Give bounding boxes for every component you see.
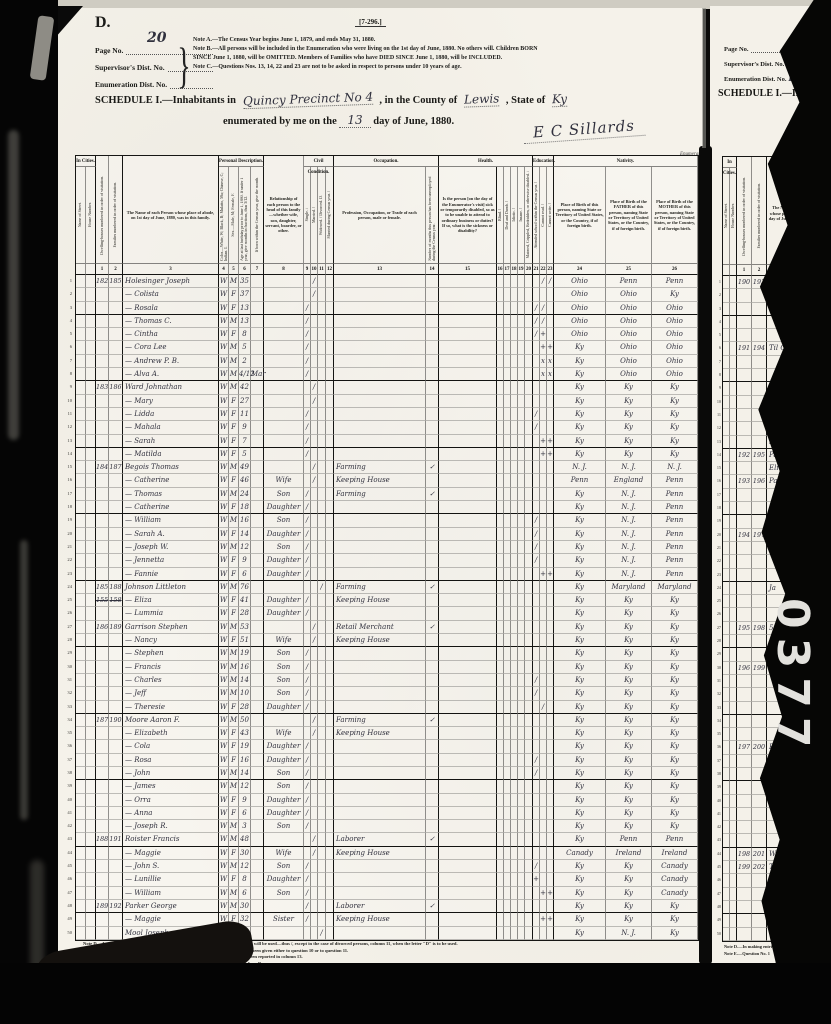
cell-m14: ✓ <box>426 714 439 727</box>
table-row: — CharlesWM14Son//KyKyKy <box>76 674 698 687</box>
cell-street <box>723 715 730 728</box>
cell-m21: / <box>533 421 540 434</box>
enumerator-signature: E C Sillards <box>522 116 645 144</box>
cell-m17 <box>504 714 511 727</box>
cell-house <box>86 435 96 448</box>
cell-m18 <box>511 900 518 913</box>
cell-m16 <box>497 740 504 753</box>
cell-m12 <box>326 594 334 607</box>
cell-street <box>723 409 730 422</box>
note-top-label: Note C. <box>193 64 212 70</box>
column-header-m10: Married. / <box>311 167 318 263</box>
cell-dw: 155 <box>96 594 109 607</box>
margin-row-number: 41 <box>60 806 74 819</box>
cell-m23: + <box>547 435 554 448</box>
cell-m14 <box>426 448 439 461</box>
cell-m18 <box>511 448 518 461</box>
cell-a: 10 <box>239 687 251 700</box>
cell-health <box>439 927 497 940</box>
cell-dw <box>96 474 109 487</box>
state-label: , State of <box>506 95 545 106</box>
margin-row-number: 7 <box>60 354 74 367</box>
cell-m20 <box>525 474 533 487</box>
cell-m16 <box>497 315 504 328</box>
cell-s: M <box>229 355 239 368</box>
cell-m22 <box>540 594 547 607</box>
cell-m14 <box>426 275 439 288</box>
schedule-title: SCHEDULE I.—Inhabitants in <box>95 95 236 106</box>
cell-m9: / <box>304 541 311 554</box>
cell-m19 <box>518 315 525 328</box>
margin-row-number: 48 <box>712 900 721 913</box>
cell-m11 <box>318 714 326 727</box>
cell-dw <box>96 661 109 674</box>
cell-rel <box>264 288 304 301</box>
cell-pb: Ky <box>554 860 606 873</box>
cell-pm: Ireland <box>652 847 698 860</box>
cell-m18 <box>511 833 518 846</box>
cell-s: F <box>229 607 239 620</box>
cell-m16 <box>497 847 504 860</box>
column-label: Place of Birth of the FATHER of this per… <box>607 199 650 231</box>
cell-occ <box>334 740 426 753</box>
cell-m9: / <box>304 780 311 793</box>
cell-name: Garrison Stephen <box>123 621 219 634</box>
margin-row-number: 17 <box>60 487 74 500</box>
cell-m20 <box>525 541 533 554</box>
cell-street <box>76 701 86 714</box>
schedule-title-line: SCHEDULE I.—Inhabitants in Quincy Precin… <box>95 92 695 107</box>
cell-c: W <box>219 847 229 860</box>
cell-health <box>439 488 497 501</box>
cell-rel: Wife <box>264 634 304 647</box>
cell-house <box>86 408 96 421</box>
cell-m11 <box>318 873 326 886</box>
cell-street <box>76 421 86 434</box>
cell-m11 <box>318 408 326 421</box>
cell-m18 <box>511 687 518 700</box>
cell-s: M <box>229 368 239 381</box>
cell-fam <box>109 435 123 448</box>
margin-row-number: 24 <box>60 580 74 593</box>
cell-m21 <box>533 661 540 674</box>
cell-m9: / <box>304 647 311 660</box>
cell-pm: Ky <box>652 381 698 394</box>
cell-dw <box>737 422 752 435</box>
cell-name: — William <box>123 887 219 900</box>
cell-pm: Penn <box>652 501 698 514</box>
cell-m21: / <box>533 554 540 567</box>
cell-street <box>723 289 730 302</box>
cell-m14 <box>426 435 439 448</box>
column-number-fam: 2 <box>109 263 123 275</box>
enumerated-label: enumerated by me on the <box>223 116 337 127</box>
margin-row-number: 20 <box>60 527 74 540</box>
cell-rel: Daughter <box>264 528 304 541</box>
cell-name: — Andrew P. B. <box>123 355 219 368</box>
cell-m17 <box>504 501 511 514</box>
cell-pf: Ky <box>606 647 652 660</box>
cell-m12 <box>326 887 334 900</box>
cell-m12 <box>326 448 334 461</box>
cell-s: F <box>229 847 239 860</box>
column-number-house <box>730 264 737 276</box>
cell-house <box>86 448 96 461</box>
cell-dw <box>96 727 109 740</box>
cell-m20 <box>525 833 533 846</box>
paper-chip <box>30 15 55 81</box>
cell-rel <box>264 315 304 328</box>
cell-dw <box>96 794 109 807</box>
margin-row-number: 2 <box>60 287 74 300</box>
cell-street <box>723 861 730 874</box>
margin-row-number: 42 <box>712 820 721 833</box>
cell-a: 19 <box>239 740 251 753</box>
cell-m19 <box>518 607 525 620</box>
instruction-notes-top: Note A.—The Census Year begins June 1, 1… <box>193 36 545 72</box>
cell-pb: Ky <box>554 421 606 434</box>
cell-m14 <box>426 687 439 700</box>
cell-m22 <box>540 514 547 527</box>
cell-house <box>730 569 737 582</box>
cell-pf: Ky <box>606 754 652 767</box>
cell-a: 6 <box>239 568 251 581</box>
cell-a: 14 <box>239 767 251 780</box>
cell-rel: Daughter <box>264 554 304 567</box>
cell-mo <box>251 913 264 926</box>
cell-mo <box>251 754 264 767</box>
cell-dw <box>96 395 109 408</box>
cell-rel <box>264 421 304 434</box>
cell-m16 <box>497 435 504 448</box>
cell-s: M <box>229 780 239 793</box>
cell-s: F <box>229 448 239 461</box>
cell-m10 <box>311 607 318 620</box>
table-row: — OrraWF9Daughter/KyKyKy <box>76 794 698 807</box>
cell-m22 <box>540 794 547 807</box>
cell-occ: Laborer <box>334 833 426 846</box>
cell-pm: N. J. <box>652 461 698 474</box>
cell-m19 <box>518 275 525 288</box>
census-table: In Cities.Personal Description.Civil Con… <box>75 155 699 941</box>
table-row: — ColistaWF37/OhioOhioKy <box>76 288 698 301</box>
column-label: Place of Birth of this person, naming St… <box>555 202 604 229</box>
margin-row-number: 18 <box>60 500 74 513</box>
cell-m9: / <box>304 701 311 714</box>
cell-name: — Sarah A. <box>123 528 219 541</box>
cell-pm: Ky <box>652 807 698 820</box>
cell-fam <box>752 808 767 821</box>
cell-m23 <box>547 674 554 687</box>
cell-pm: Ky <box>652 714 698 727</box>
cell-m9: / <box>304 687 311 700</box>
cell-house <box>86 887 96 900</box>
cell-dw <box>737 542 752 555</box>
cell-a: 51 <box>239 634 251 647</box>
cell-m11 <box>318 727 326 740</box>
cell-pb: N. J. <box>554 461 606 474</box>
cell-m9: / <box>304 341 311 354</box>
cell-pm: Ky <box>652 674 698 687</box>
cell-m23 <box>547 833 554 846</box>
cell-rel <box>264 461 304 474</box>
cell-fam <box>752 582 767 595</box>
cell-s: M <box>229 621 239 634</box>
cell-health <box>439 887 497 900</box>
column-header-m9: Single. / <box>304 167 311 263</box>
cell-pf: Ky <box>606 767 652 780</box>
margin-row-number: 32 <box>712 687 721 700</box>
cell-m19 <box>518 408 525 421</box>
cell-name: — Jeff <box>123 687 219 700</box>
cell-street <box>723 595 730 608</box>
table-row: 183186Ward JohnathanWM42/KyKyKy <box>76 381 698 394</box>
cell-m18 <box>511 913 518 926</box>
cell-house <box>86 767 96 780</box>
cell-mo <box>251 621 264 634</box>
row-number-margin: 1234567891011121314151617181920212223242… <box>60 274 74 939</box>
cell-m20 <box>525 328 533 341</box>
margin-row-number: 43 <box>60 832 74 845</box>
right-enumeration-label: Enumeration Dist. No. <box>724 76 786 83</box>
cell-name: — Nancy <box>123 634 219 647</box>
column-header-house: House Number. <box>86 167 96 263</box>
cell-m14 <box>426 634 439 647</box>
cell-m11 <box>318 887 326 900</box>
cell-occ <box>334 302 426 315</box>
cell-m10: / <box>311 381 318 394</box>
cell-pf: N. J. <box>606 528 652 541</box>
cell-health <box>439 315 497 328</box>
margin-row-number: 28 <box>712 634 721 647</box>
cell-health <box>439 794 497 807</box>
cell-fam: 185 <box>109 275 123 288</box>
cell-street <box>723 702 730 715</box>
cell-s: M <box>229 581 239 594</box>
note-top-text: —Questions Nos. 13, 14, 22 and 23 are no… <box>212 64 461 70</box>
margin-row-number: 8 <box>60 367 74 380</box>
table-row: 155158— ElizaWF41Daughter/Keeping HouseK… <box>76 594 698 607</box>
cell-m21: / <box>533 514 540 527</box>
cell-dw <box>96 701 109 714</box>
cell-fam <box>109 514 123 527</box>
cell-m10 <box>311 701 318 714</box>
cell-house <box>730 276 737 289</box>
cell-m22 <box>540 381 547 394</box>
cell-dw <box>737 648 752 661</box>
cell-m19 <box>518 288 525 301</box>
cell-m21 <box>533 714 540 727</box>
group-title: Health. <box>439 156 533 167</box>
cell-mo <box>251 461 264 474</box>
cell-street <box>723 382 730 395</box>
cell-rel: Wife <box>264 847 304 860</box>
cell-rel: Daughter <box>264 740 304 753</box>
column-number-pm: 26 <box>652 263 698 275</box>
cell-rel <box>264 341 304 354</box>
cell-pf: Ohio <box>606 315 652 328</box>
cell-m16 <box>497 568 504 581</box>
cell-pf: N. J. <box>606 488 652 501</box>
cell-m14 <box>426 780 439 793</box>
cell-m16 <box>497 780 504 793</box>
cell-m10 <box>311 767 318 780</box>
cell-house <box>86 302 96 315</box>
cell-a: 30 <box>239 900 251 913</box>
cell-house <box>86 900 96 913</box>
cell-occ <box>334 767 426 780</box>
cell-s: M <box>229 315 239 328</box>
cell-street <box>723 462 730 475</box>
margin-row-number: 48 <box>60 899 74 912</box>
cell-dw: 185 <box>96 581 109 594</box>
cell-health <box>439 581 497 594</box>
column-label: Is the person [on the day of the Enumera… <box>440 196 495 234</box>
cell-street <box>76 607 86 620</box>
cell-s: F <box>229 302 239 315</box>
cell-fam <box>109 328 123 341</box>
cell-mo <box>251 807 264 820</box>
cell-s: M <box>229 900 239 913</box>
cell-m23 <box>547 740 554 753</box>
scanned-census-page: D. [7-296.] Page No. Supervisor's Dist. … <box>0 0 831 1024</box>
cell-m12 <box>326 780 334 793</box>
cell-house <box>86 727 96 740</box>
cell-m17 <box>504 833 511 846</box>
column-header-name: The Name of each Person whose place of a… <box>123 167 219 263</box>
cell-dw: 182 <box>96 275 109 288</box>
cell-name: — Colista <box>123 288 219 301</box>
cell-mo <box>251 395 264 408</box>
cell-pf: Ohio <box>606 328 652 341</box>
cell-fam <box>752 502 767 515</box>
cell-m21: / <box>533 860 540 873</box>
cell-m17 <box>504 794 511 807</box>
cell-m9: / <box>304 488 311 501</box>
cell-name: — Mary <box>123 395 219 408</box>
cell-health <box>439 873 497 886</box>
cell-m12 <box>326 461 334 474</box>
cell-m17 <box>504 288 511 301</box>
cell-pb: Ky <box>554 674 606 687</box>
cell-occ <box>334 501 426 514</box>
cell-street <box>723 449 730 462</box>
cell-m18 <box>511 621 518 634</box>
cell-m17 <box>504 687 511 700</box>
column-number-a: 6 <box>239 263 251 275</box>
cell-m16 <box>497 607 504 620</box>
cell-s: M <box>229 860 239 873</box>
day-handwritten: 13 <box>339 113 370 128</box>
cell-pb: Ohio <box>554 328 606 341</box>
cell-m10 <box>311 687 318 700</box>
cell-mo <box>251 435 264 448</box>
cell-dw <box>737 289 752 302</box>
cell-pf: Ohio <box>606 368 652 381</box>
cell-m21 <box>533 581 540 594</box>
cell-health <box>439 514 497 527</box>
cell-m16 <box>497 634 504 647</box>
cell-occ: Farming <box>334 461 426 474</box>
cell-name: — Charles <box>123 674 219 687</box>
cell-fam <box>109 873 123 886</box>
torn-edge-left <box>0 0 58 1024</box>
right-schedule-title: SCHEDULE I.—In <box>718 88 801 99</box>
cell-m16 <box>497 900 504 913</box>
cell-m21 <box>533 740 540 753</box>
cell-m21 <box>533 847 540 860</box>
cell-m10 <box>311 647 318 660</box>
cell-s: M <box>229 461 239 474</box>
cell-house <box>730 342 737 355</box>
cell-m21 <box>533 794 540 807</box>
cell-mo <box>251 275 264 288</box>
column-label: Maimed, Crippled, Bedridden, or otherwis… <box>526 171 530 258</box>
cell-house <box>730 728 737 741</box>
table-row: — RosalaWF13///OhioOhioOhio <box>76 302 698 315</box>
cell-dw <box>737 768 752 781</box>
cell-s: M <box>229 887 239 900</box>
group-title: Occupation. <box>334 156 439 167</box>
group-title: Personal Description. <box>219 156 264 167</box>
cell-m16 <box>497 674 504 687</box>
cell-m14 <box>426 754 439 767</box>
cell-pf: Ky <box>606 607 652 620</box>
margin-row-number: 35 <box>712 727 721 740</box>
cell-name: — Alva A. <box>123 368 219 381</box>
cell-c: W <box>219 701 229 714</box>
cell-m16 <box>497 701 504 714</box>
cell-rel: Son <box>264 860 304 873</box>
cell-pb: Ky <box>554 621 606 634</box>
group-title: In Cities. <box>76 156 96 167</box>
table-row: 186189Garrison StephenWM53/Retail Mercha… <box>76 621 698 634</box>
column-label: Widowed. / Divorced. D. <box>319 195 323 235</box>
cell-dw <box>737 728 752 741</box>
cell-name: — Cora Lee <box>123 341 219 354</box>
cell-m18 <box>511 421 518 434</box>
cell-pf: Penn <box>606 275 652 288</box>
cell-name: — Cola <box>123 740 219 753</box>
margin-row-number: 42 <box>60 819 74 832</box>
cell-fam <box>109 341 123 354</box>
cell-m18 <box>511 408 518 421</box>
cell-m18 <box>511 727 518 740</box>
cell-m10 <box>311 594 318 607</box>
cell-m22 <box>540 461 547 474</box>
cell-street <box>723 874 730 887</box>
cell-street <box>76 634 86 647</box>
cell-occ <box>334 355 426 368</box>
cell-m9 <box>304 621 311 634</box>
cell-m20 <box>525 860 533 873</box>
cell-pf: N. J. <box>606 927 652 940</box>
cell-m16 <box>497 421 504 434</box>
cell-house <box>86 820 96 833</box>
table-label-row: Name of Street.House Number.Dwelling-hou… <box>76 167 698 263</box>
note-top-text: —The Census Year begins June 1, 1879, an… <box>212 37 375 43</box>
cell-m21 <box>533 727 540 740</box>
cell-health <box>439 368 497 381</box>
cell-health <box>439 621 497 634</box>
cell-m21 <box>533 448 540 461</box>
column-header-a: Age at last birthday prior to June 1, 18… <box>239 167 251 263</box>
cell-street <box>76 581 86 594</box>
cell-fam: 158 <box>109 594 123 607</box>
column-header-pb: Place of Birth of this person, naming St… <box>554 167 606 263</box>
cell-street <box>76 727 86 740</box>
cell-rel: Son <box>264 687 304 700</box>
